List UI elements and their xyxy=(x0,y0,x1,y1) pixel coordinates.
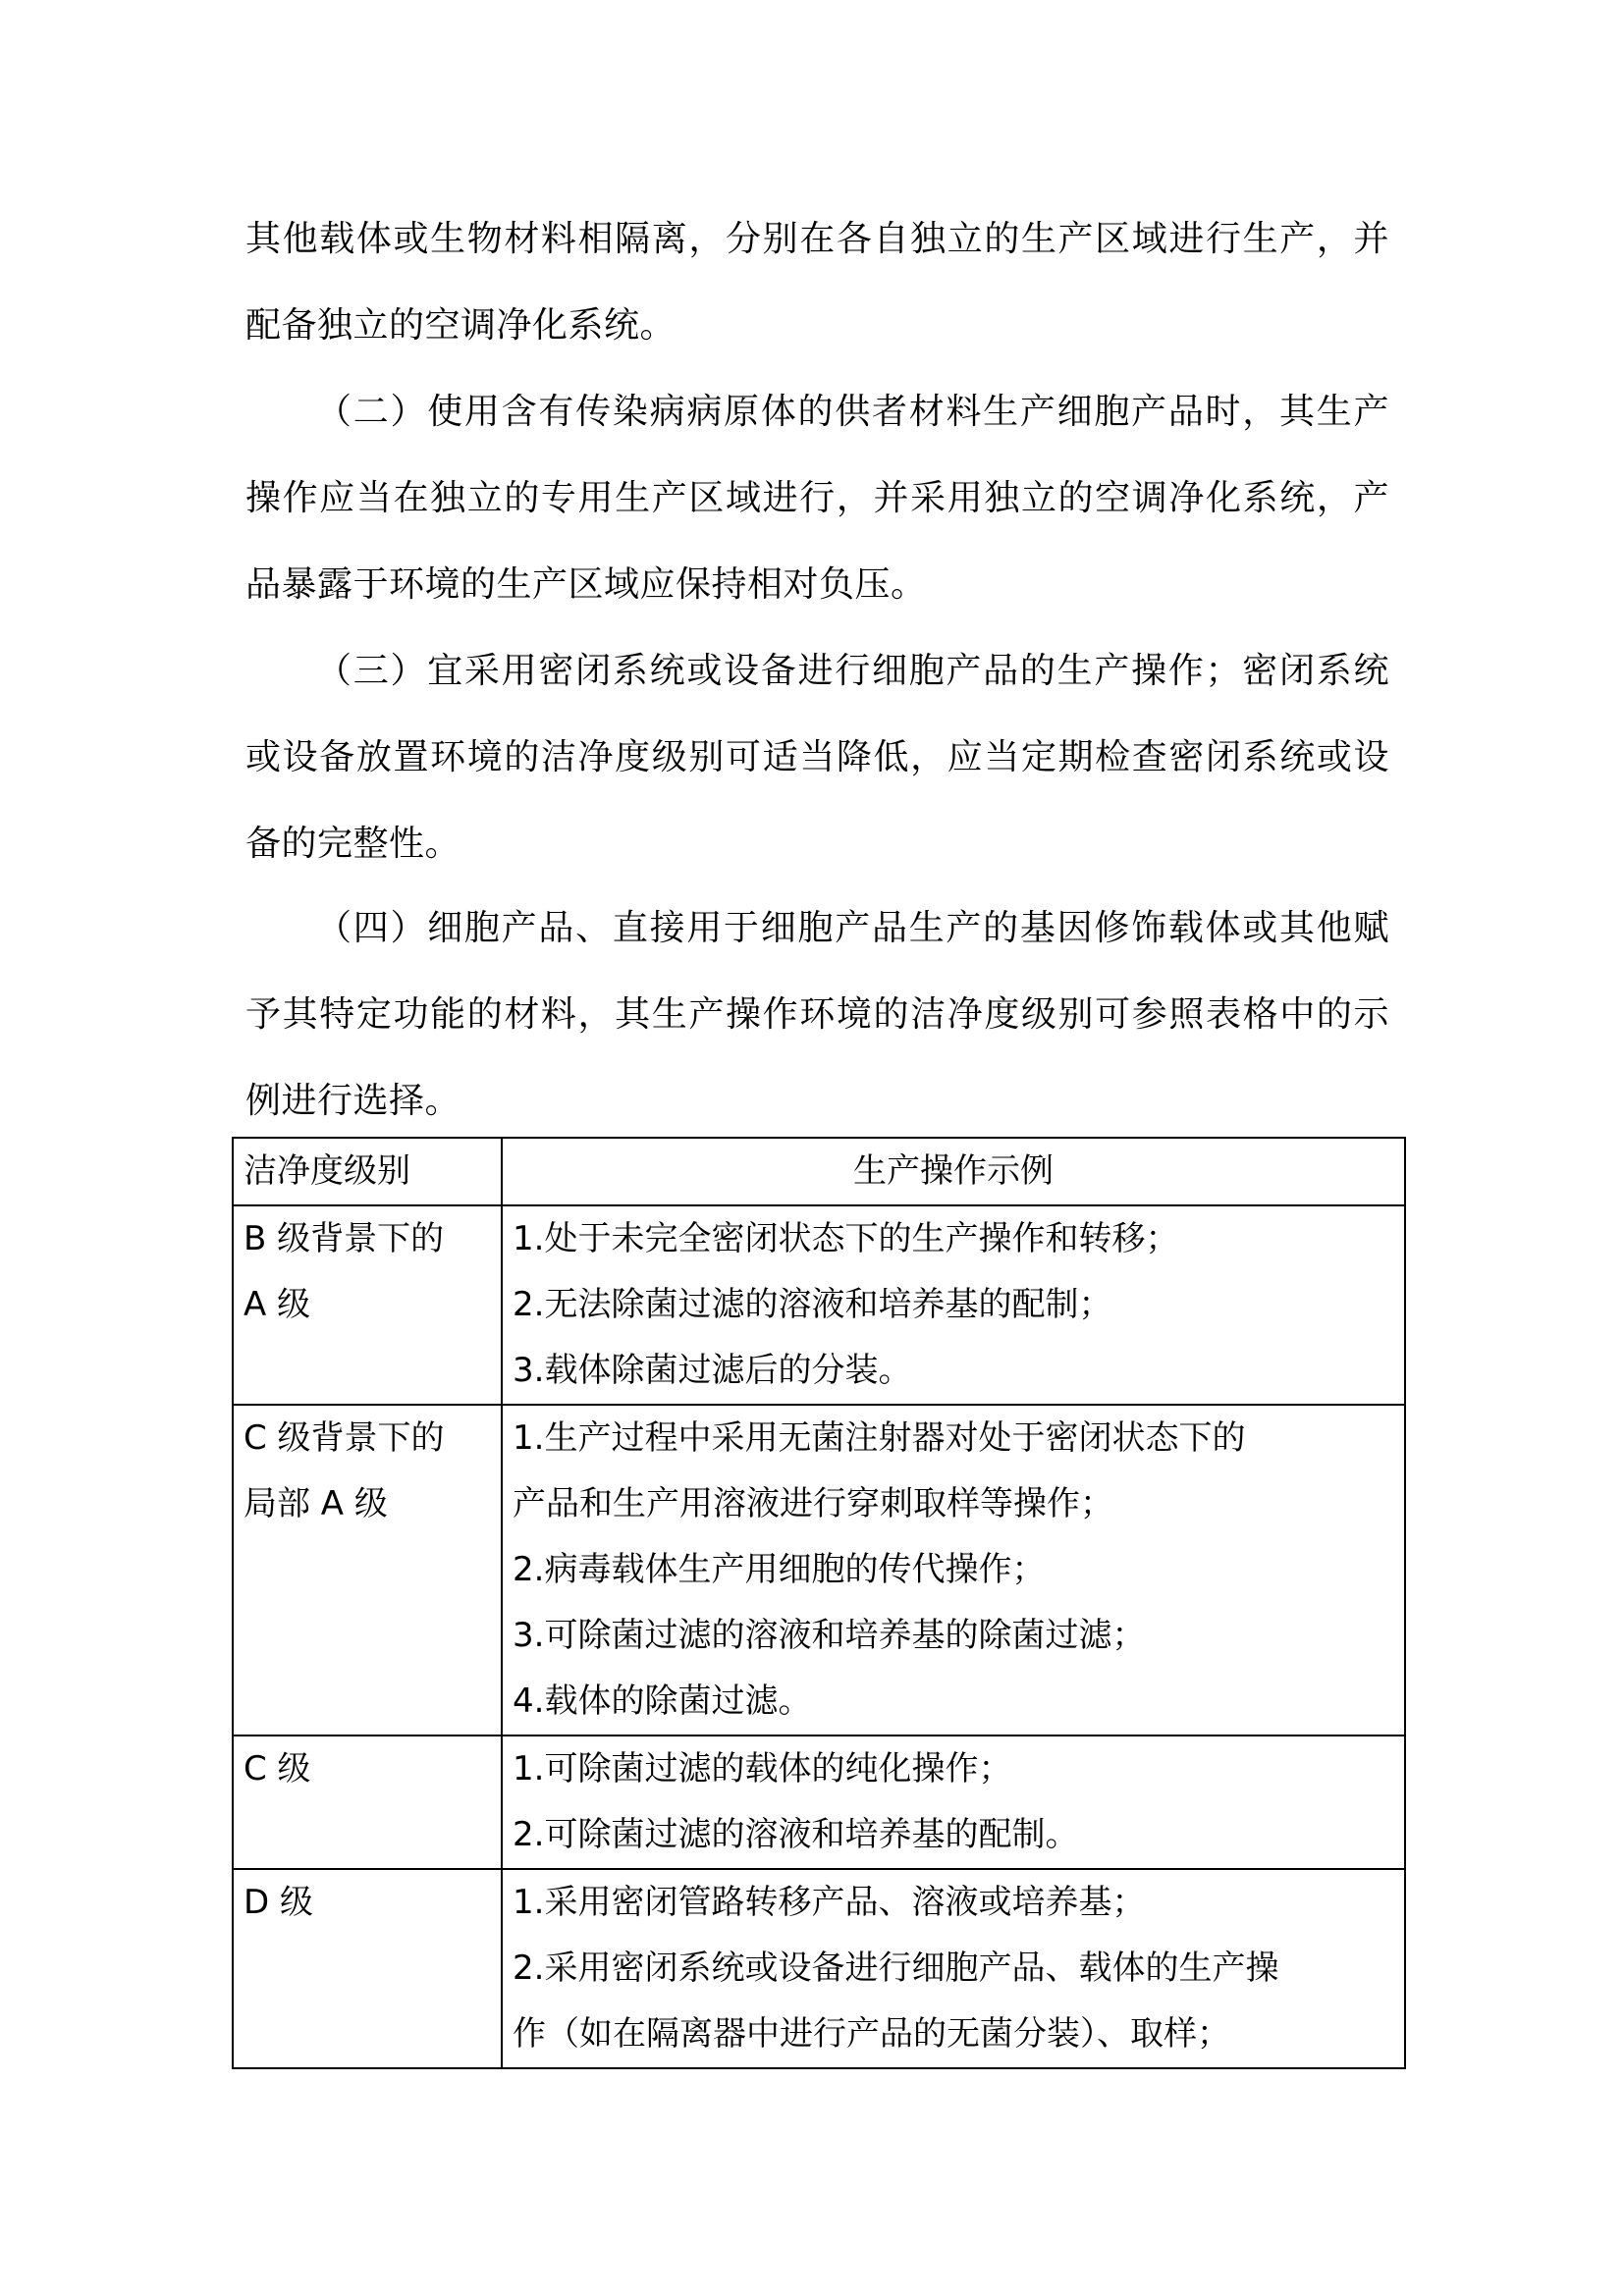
example-line: 1.可除菌过滤的载体的纯化操作； xyxy=(513,1736,1394,1802)
table-row: C 级 1.可除菌过滤的载体的纯化操作； 2.可除菌过滤的溶液和培养基的配制。 xyxy=(233,1735,1405,1869)
example-line: 2.可除菌过滤的溶液和培养基的配制。 xyxy=(513,1802,1394,1868)
header-operation-examples: 生产操作示例 xyxy=(502,1138,1405,1205)
example-line: 1.处于未完全密闭状态下的生产操作和转移； xyxy=(513,1206,1394,1272)
paragraph-item-3: （三）宜采用密闭系统或设备进行细胞产品的生产操作；密闭系统或设备放置环境的洁净度… xyxy=(245,628,1389,887)
example-line: 产品和生产用溶液进行穿刺取样等操作； xyxy=(513,1471,1394,1537)
paragraph-item-2: （二）使用含有传染病病原体的供者材料生产细胞产品时，其生产操作应当在独立的专用生… xyxy=(245,369,1389,628)
table-row: C 级背景下的 局部 A 级 1.生产过程中采用无菌注射器对处于密闭状态下的 产… xyxy=(233,1405,1405,1735)
example-line: 3.可除菌过滤的溶液和培养基的除菌过滤； xyxy=(513,1603,1394,1669)
example-line: 作（如在隔离器中进行产品的无菌分装）、取样； xyxy=(513,2002,1394,2067)
example-line: 1.生产过程中采用无菌注射器对处于密闭状态下的 xyxy=(513,1406,1394,1471)
example-line: 1.采用密闭管路转移产品、溶液或培养基； xyxy=(513,1870,1394,1936)
grade-cell: B 级背景下的 A 级 xyxy=(233,1205,502,1405)
example-line: 2.采用密闭系统或设备进行细胞产品、载体的生产操 xyxy=(513,1936,1394,2002)
example-line: 2.病毒载体生产用细胞的传代操作； xyxy=(513,1537,1394,1603)
example-line: 2.无法除菌过滤的溶液和培养基的配制； xyxy=(513,1272,1394,1338)
grade-line: C 级 xyxy=(244,1736,491,1802)
examples-cell: 1.处于未完全密闭状态下的生产操作和转移； 2.无法除菌过滤的溶液和培养基的配制… xyxy=(502,1205,1405,1405)
grade-cell: C 级 xyxy=(233,1735,502,1869)
example-line: 4.载体的除菌过滤。 xyxy=(513,1669,1394,1735)
examples-cell: 1.采用密闭管路转移产品、溶液或培养基； 2.采用密闭系统或设备进行细胞产品、载… xyxy=(502,1869,1405,2068)
paragraph-continuation: 其他载体或生物材料相隔离，分别在各自独立的生产区域进行生产，并配备独立的空调净化… xyxy=(245,196,1389,369)
grade-cell: D 级 xyxy=(233,1869,502,2068)
examples-cell: 1.生产过程中采用无菌注射器对处于密闭状态下的 产品和生产用溶液进行穿刺取样等操… xyxy=(502,1405,1405,1735)
grade-line: 局部 A 级 xyxy=(244,1471,491,1537)
header-cleanliness-grade: 洁净度级别 xyxy=(233,1138,502,1205)
table-row: B 级背景下的 A 级 1.处于未完全密闭状态下的生产操作和转移； 2.无法除菌… xyxy=(233,1205,1405,1405)
grade-line: C 级背景下的 xyxy=(244,1406,491,1471)
grade-line: A 级 xyxy=(244,1272,491,1338)
table-row: D 级 1.采用密闭管路转移产品、溶液或培养基； 2.采用密闭系统或设备进行细胞… xyxy=(233,1869,1405,2068)
example-line: 3.载体除菌过滤后的分装。 xyxy=(513,1338,1394,1404)
examples-cell: 1.可除菌过滤的载体的纯化操作； 2.可除菌过滤的溶液和培养基的配制。 xyxy=(502,1735,1405,1869)
paragraph-item-4: （四）细胞产品、直接用于细胞产品生产的基因修饰载体或其他赋予其特定功能的材料，其… xyxy=(245,885,1389,1145)
grade-cell: C 级背景下的 局部 A 级 xyxy=(233,1405,502,1735)
grade-line: D 级 xyxy=(244,1870,491,1936)
cleanliness-grade-table: 洁净度级别 生产操作示例 B 级背景下的 A 级 1.处于未完全密闭状态下的生产… xyxy=(232,1137,1406,2069)
table-header-row: 洁净度级别 生产操作示例 xyxy=(233,1138,1405,1205)
document-page: 其他载体或生物材料相隔离，分别在各自独立的生产区域进行生产，并配备独立的空调净化… xyxy=(0,0,1624,2296)
grade-line: B 级背景下的 xyxy=(244,1206,491,1272)
